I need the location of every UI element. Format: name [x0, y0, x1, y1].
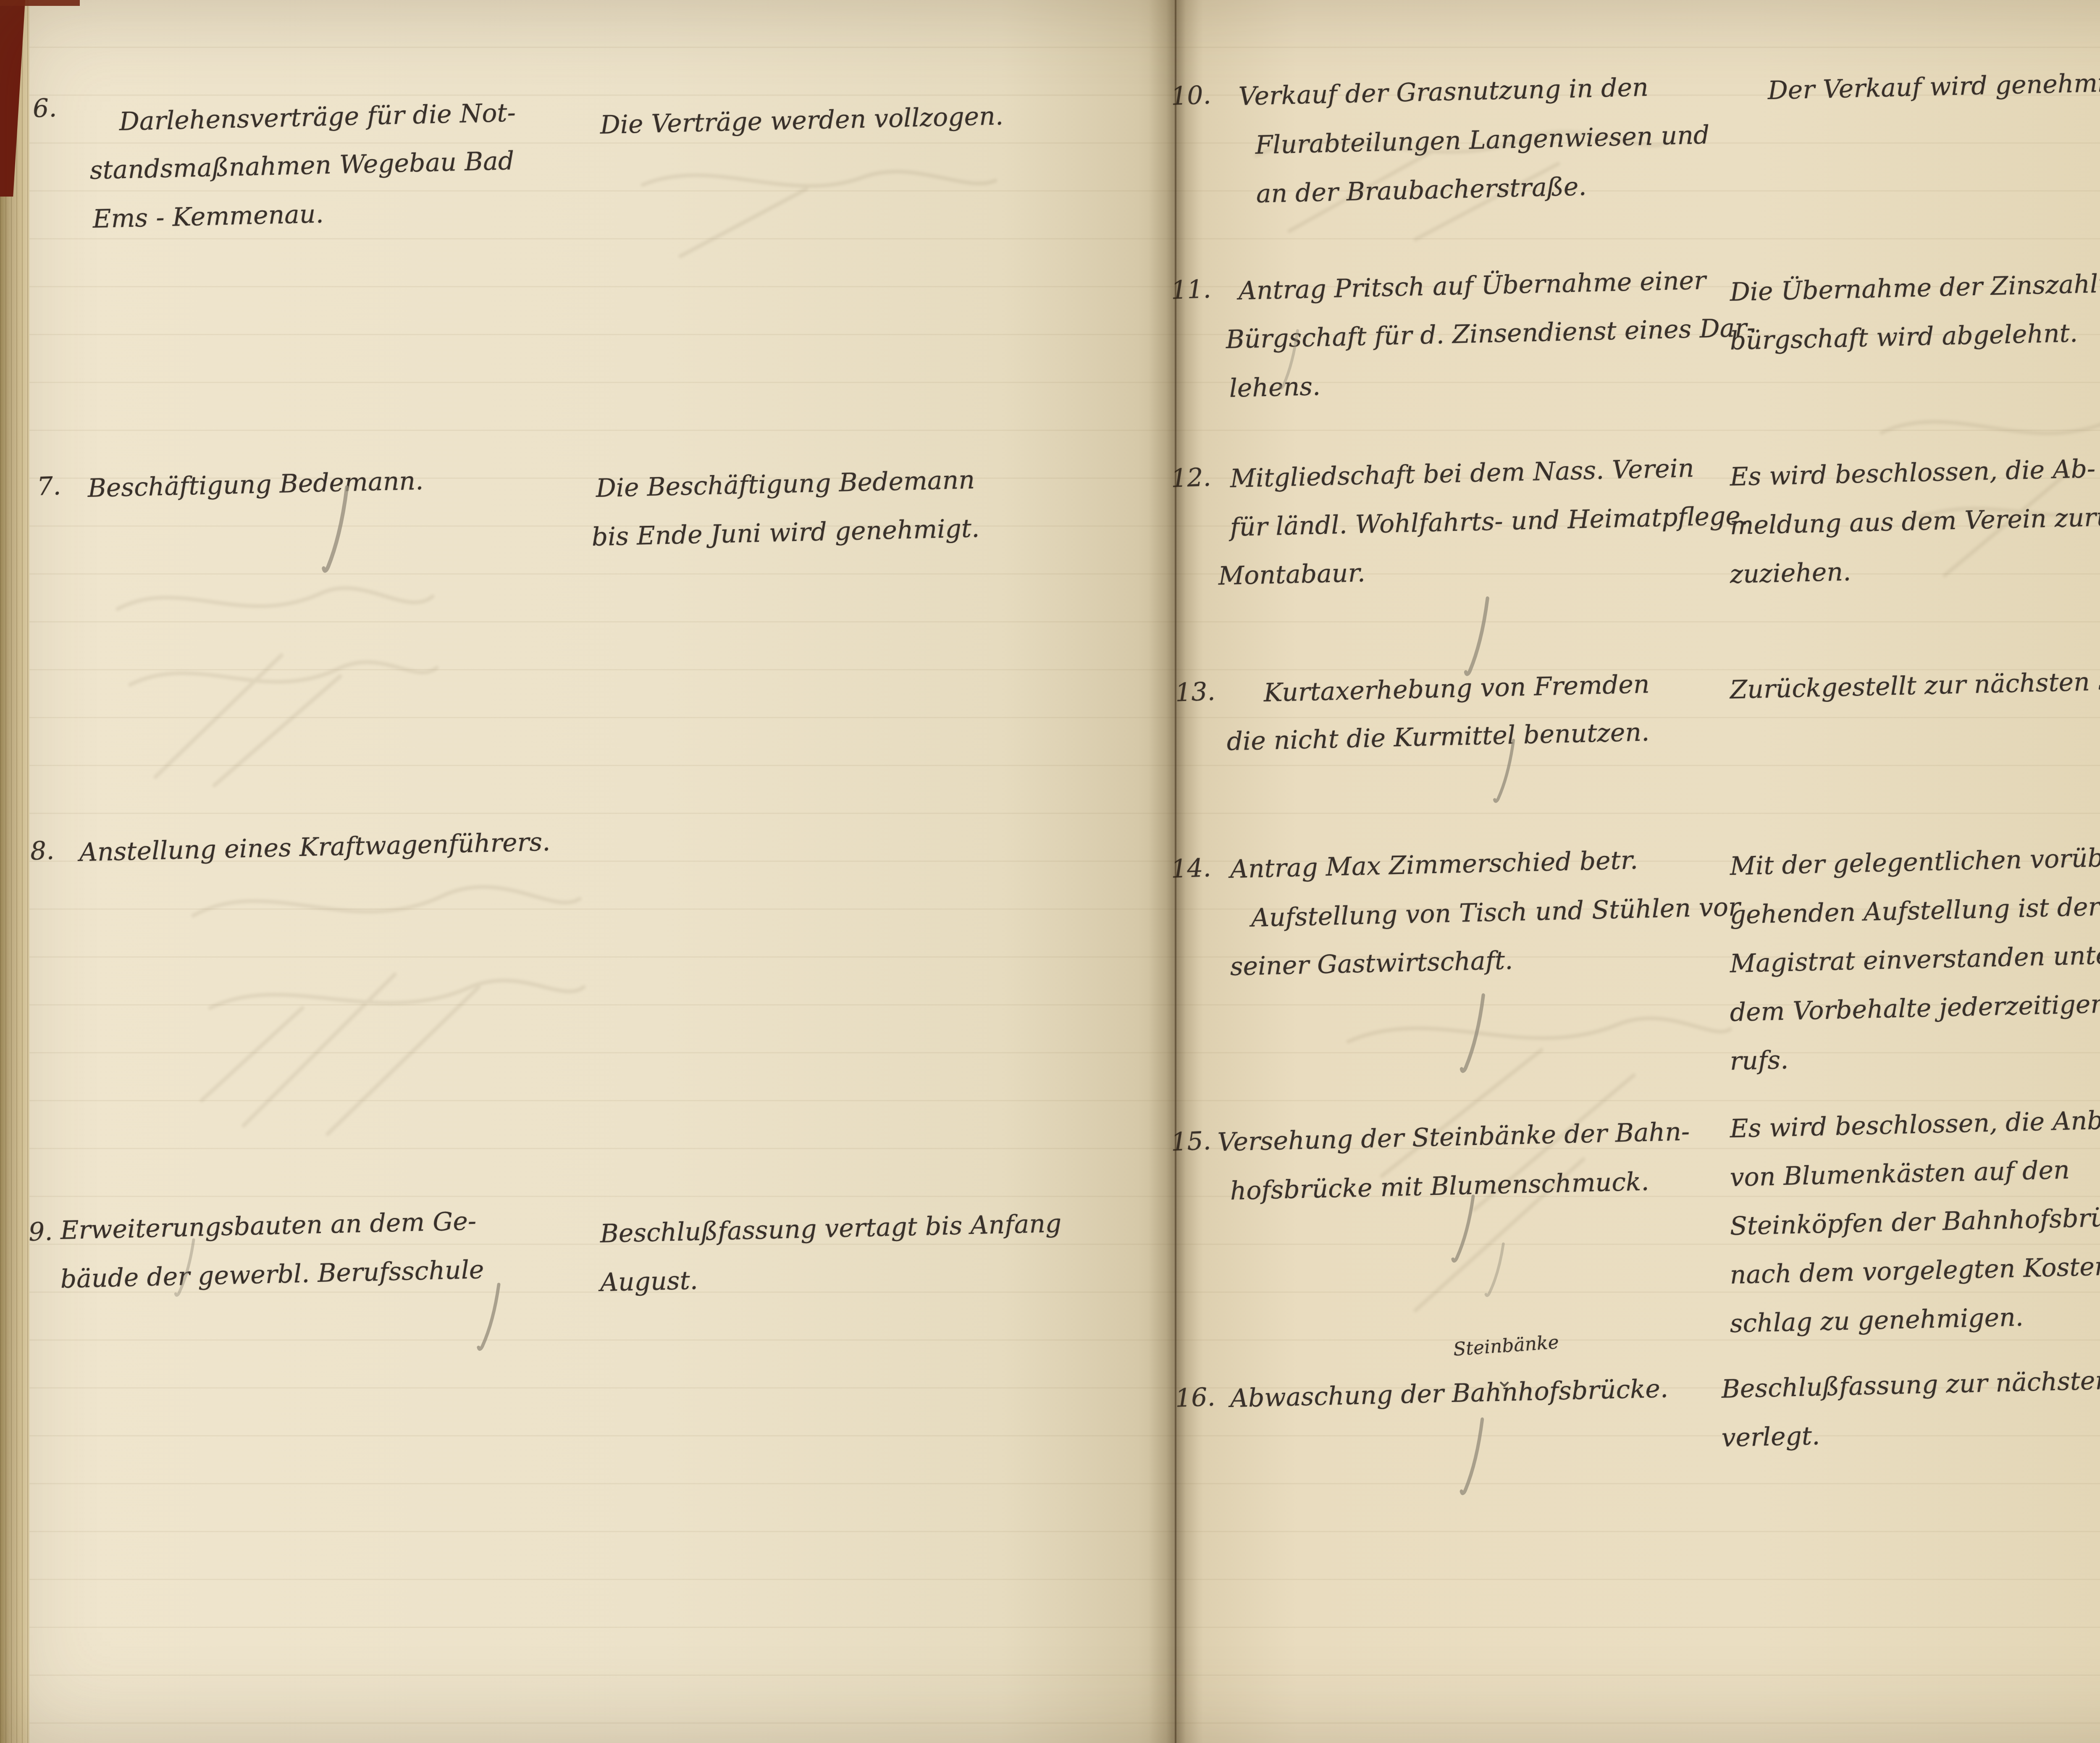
entry-9-number: 9. [28, 1207, 53, 1257]
entry-14-topic: Antrag Max Zimmerschied betr. Aufstellun… [1231, 845, 1741, 991]
entry-9-decision-line: August. [599, 1248, 1062, 1307]
entry-15-topic-line: hofsbrücke mit Blumenschmuck. [1229, 1156, 1690, 1215]
ledger-spread: 6. Darlehensverträge für die Not- stands… [0, 0, 2100, 1743]
entry-16-topic: Abwaschung der Bahnhofsbrücke. [1231, 1374, 1669, 1423]
entry-14-number: 14. [1170, 843, 1212, 893]
entry-12-decision-line: meldung aus dem Verein zurück- [1729, 492, 2100, 550]
entry-7-topic-line: Beschäftigung Bedemann. [87, 457, 424, 513]
page-stack-left-edge [0, 0, 29, 1743]
entry-8-number: 8. [29, 826, 55, 876]
entry-9-topic-line: bäude der gewerbl. Berufsschule [60, 1245, 484, 1304]
entry-7-decision-line: Die Beschäftigung Bedemann [595, 455, 980, 513]
entry-10-topic-line: an der Braubacherstraße. [1255, 160, 1710, 218]
entry-11-topic: Antrag Pritsch auf Übernahme einer Bürgs… [1239, 267, 1756, 413]
entry-7-number: 7. [36, 462, 62, 511]
entry-10-decision: Der Verkauf wird genehmigt. [1768, 66, 2100, 115]
entry-12-number: 12. [1170, 453, 1212, 503]
entry-15-topic: Versehung der Steinbänke der Bahn- hofsb… [1218, 1118, 1690, 1215]
entry-13-number: 13. [1174, 667, 1216, 717]
entry-9-topic-line: Erweiterungsbauten an dem Ge- [60, 1197, 484, 1255]
entry-6-topic-line: standsmaßnahmen Wegebau Bad [89, 136, 516, 195]
entry-6-decision-line: Die Verträge werden vollzogen. [599, 92, 1004, 150]
entry-12-decision-line: Es wird beschlossen, die Ab- [1729, 443, 2100, 501]
entry-14-decision: Mit der gelegentlichen vorüber- gehenden… [1730, 842, 2100, 1086]
entry-7-topic: Beschäftigung Bedemann. [88, 464, 424, 513]
entry-10-number: 10. [1170, 71, 1212, 121]
entry-11-decision-line: bürgschaft wird abgelehnt. [1729, 307, 2100, 365]
entry-6-topic: Darlehensverträge für die Not- standsmaß… [84, 97, 516, 244]
entry-10-topic: Verkauf der Grasnutzung in den Flurabtei… [1239, 72, 1710, 218]
entry-6-topic-line: Ems - Kemmenau. [92, 185, 516, 244]
entry-13-decision: Zurückgestellt zur nächsten Sitzung. [1730, 666, 2100, 714]
entry-15-decision: Es wird beschlossen, die Anbringung von … [1730, 1105, 2100, 1348]
entry-12-topic: Mitgliedschaft bei dem Nass. Verein für … [1231, 454, 1749, 601]
entry-13-topic-line: die nicht die Kurmittel benutzen. [1226, 708, 1650, 766]
entry-13-topic: Kurtaxerhebung von Fremden die nicht die… [1231, 669, 1650, 766]
entry-7-decision: Die Beschäftigung Bedemann bis Ende Juni… [596, 464, 980, 562]
entry-9-topic: Erweiterungsbauten an dem Ge- bäude der … [61, 1206, 485, 1304]
entry-16-topic-line: Abwaschung der Bahnhofsbrücke. [1229, 1364, 1669, 1423]
entry-8-topic: Anstellung eines Kraftwagenführers. [80, 828, 551, 877]
entry-11-decision-line: Die Übernahme der Zinszahlungs- [1729, 258, 2100, 317]
entry-11-number: 11. [1170, 265, 1212, 315]
entry-7-decision-line: bis Ende Juni wird genehmigt. [591, 504, 980, 562]
entry-8-topic-line: Anstellung eines Kraftwagenführers. [79, 818, 551, 877]
entry-11-decision: Die Übernahme der Zinszahlungs- bürgscha… [1730, 268, 2100, 365]
entry-12-decision: Es wird beschlossen, die Ab- meldung aus… [1730, 453, 2100, 599]
book-cover-top-sliver [0, 0, 80, 6]
entry-10-decision-line: Der Verkauf wird genehmigt. [1767, 58, 2100, 115]
entry-16-number: 16. [1174, 1373, 1216, 1423]
entry-12-decision-line: zuziehen. [1729, 541, 2100, 599]
entry-6-number: 6. [32, 84, 58, 133]
entry-9-decision: Beschlußfassung vertagt bis Anfang Augus… [601, 1210, 1062, 1307]
entry-15-number: 15. [1170, 1116, 1212, 1166]
entry-16-decision: Beschlußfassung zur nächsten Sitzung ver… [1722, 1365, 2100, 1462]
entry-6-decision: Die Verträge werden vollzogen. [601, 101, 1004, 150]
